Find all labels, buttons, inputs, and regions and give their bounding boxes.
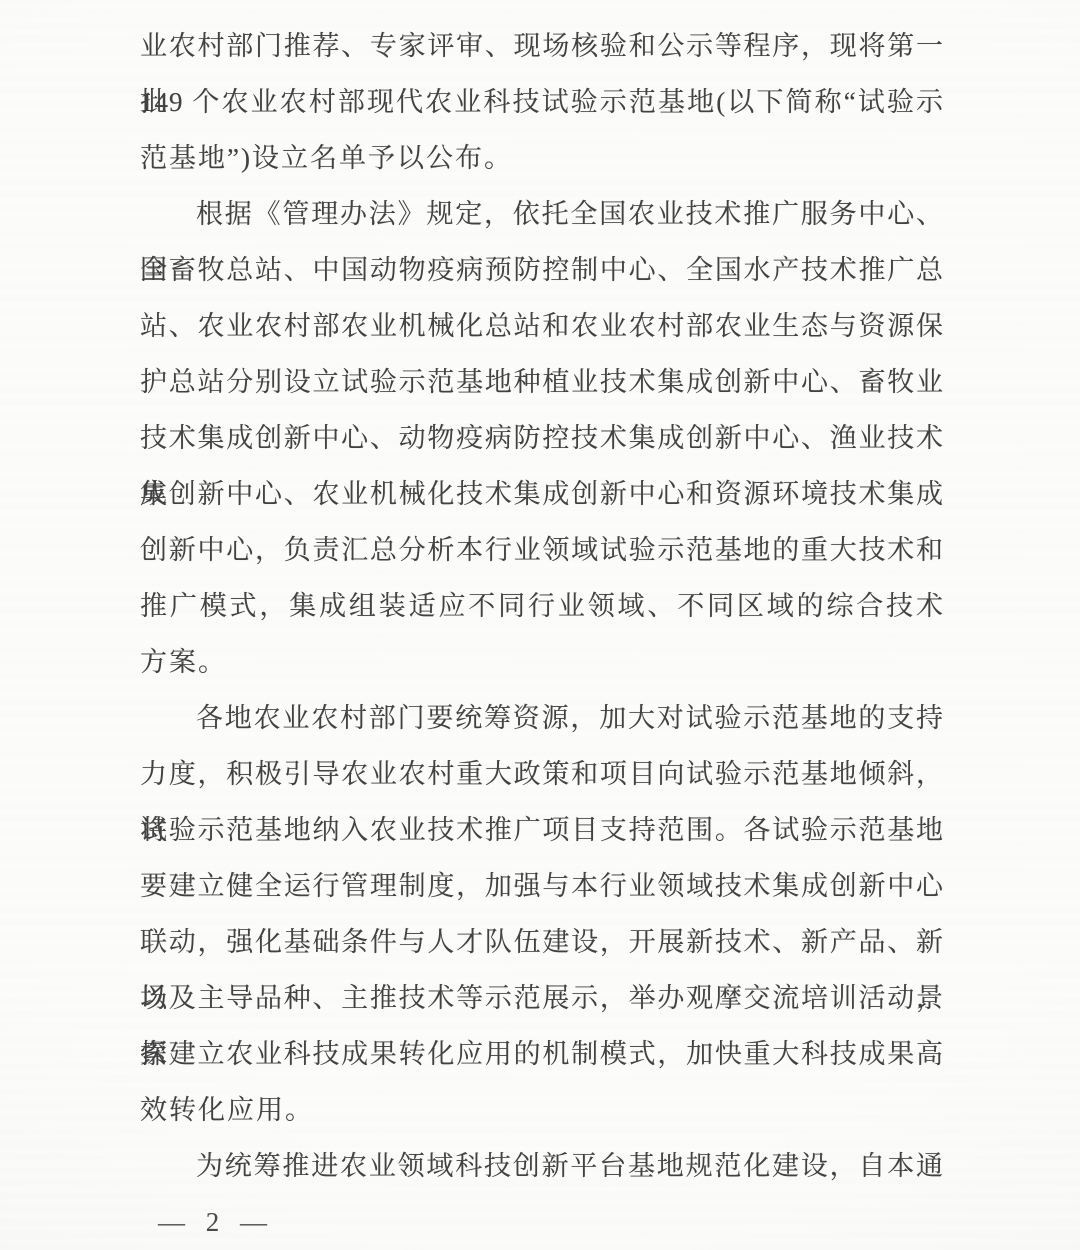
text-line-3: 范基地”)设立名单予以公布。 [140,130,944,186]
text-line-18: 以及主导品种、主推技术等示范展示，举办观摩交流培训活动，探 [140,970,944,1026]
text-line-16: 要建立健全运行管理制度，加强与本行业领域技术集成创新中心 [140,858,944,914]
text-line-8: 技术集成创新中心、动物疫病防控技术集成创新中心、渔业技术集 [140,410,944,466]
text-line-7: 护总站分别设立试验示范基地种植业技术集成创新中心、畜牧业 [140,354,944,410]
text-line-10: 创新中心，负责汇总分析本行业领域试验示范基地的重大技术和 [140,522,944,578]
text-line-5: 国畜牧总站、中国动物疫病预防控制中心、全国水产技术推广总 [140,242,944,298]
body-text-block: 业农村部门推荐、专家评审、现场核验和公示等程序，现将第一批 149 个农业农村部… [140,18,944,1194]
text-line-20: 效转化应用。 [140,1082,944,1138]
text-line-2: 149 个农业农村部现代农业科技试验示范基地(以下简称“试验示 [140,74,944,130]
text-line-1: 业农村部门推荐、专家评审、现场核验和公示等程序，现将第一批 [140,18,944,74]
text-line-13: 各地农业农村部门要统筹资源，加大对试验示范基地的支持 [140,690,944,746]
text-line-6: 站、农业农村部农业机械化总站和农业农村部农业生态与资源保 [140,298,944,354]
text-line-14: 力度，积极引导农业农村重大政策和项目向试验示范基地倾斜，将 [140,746,944,802]
text-line-19: 索建立农业科技成果转化应用的机制模式，加快重大科技成果高 [140,1026,944,1082]
text-line-21: 为统筹推进农业领域科技创新平台基地规范化建设，自本通 [140,1138,944,1194]
text-line-11: 推广模式，集成组装适应不同行业领域、不同区域的综合技术 [140,578,944,634]
text-line-12: 方案。 [140,634,944,690]
text-line-15: 试验示范基地纳入农业技术推广项目支持范围。各试验示范基地 [140,802,944,858]
text-line-17: 联动，强化基础条件与人才队伍建设，开展新技术、新产品、新场景 [140,914,944,970]
text-line-9: 成创新中心、农业机械化技术集成创新中心和资源环境技术集成 [140,466,944,522]
text-line-4: 根据《管理办法》规定，依托全国农业技术推广服务中心、全 [140,186,944,242]
page-number: — 2 — [158,1202,274,1242]
scanned-document-page: 业农村部门推荐、专家评审、现场核验和公示等程序，现将第一批 149 个农业农村部… [0,0,1080,1250]
